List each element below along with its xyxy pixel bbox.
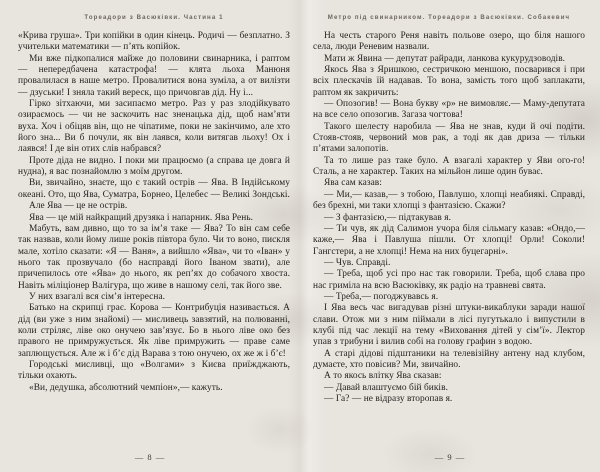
paragraph: Ми вже підкопалися майже до половини сви… xyxy=(18,54,290,99)
paragraph: А то якось влітку Ява сказав: xyxy=(313,371,585,382)
paragraph: Батько на скрипці грає. Корова — Контриб… xyxy=(18,303,290,360)
paragraph: — Чув. Справді. xyxy=(313,258,585,269)
paragraph: Такого шелесту наробила — Ява не знав, к… xyxy=(313,122,585,156)
page-right: Метро під свинарником. Тореадори з Васюк… xyxy=(300,0,600,472)
paragraph: Гірко зітхаючи, ми засипаємо метро. Раз … xyxy=(18,99,290,156)
paragraph: «Крива груша». Три копійки в один кінець… xyxy=(18,31,290,54)
running-header-right: Метро під свинарником. Тореадори з Васюк… xyxy=(313,14,585,24)
paragraph: Городські мисливці, що «Волгами» з Києва… xyxy=(18,360,290,383)
paragraph: Ява — це мій найкращий друзяка і напарни… xyxy=(18,213,290,224)
page-left-text: «Крива груша». Три копійки в один кінець… xyxy=(18,31,290,394)
paragraph: У них взагалі вся сім’я інтересна. xyxy=(18,292,290,303)
paragraph: Ява сам казав: xyxy=(313,178,585,189)
paragraph: Мати ж Явина — депутат райради, ланкова … xyxy=(313,54,585,65)
paragraph: — Давай влаштуємо бій биків. xyxy=(313,383,585,394)
paragraph: Та то лише раз таке було. А взагалі хара… xyxy=(313,156,585,179)
paragraph: На честь старого Реня навіть польове озе… xyxy=(313,31,585,54)
running-header-left: Тореадори з Васюківки. Частина 1 xyxy=(18,14,290,24)
paragraph: «Ви, дедушка, абсолютний чемпіон»,— кажу… xyxy=(18,383,290,394)
paragraph: — Треба, щоб усі про нас так говорили. Т… xyxy=(313,269,585,292)
paragraph: — Га? — не відразу второпав я. xyxy=(313,394,585,405)
page-number-left: — 8 — xyxy=(0,452,300,462)
paragraph: Ви, звичайно, знаєте, що є такий острів … xyxy=(18,178,290,201)
paragraph: Але Ява — це не острів. xyxy=(18,201,290,212)
paragraph: — Ти чув, як дід Салимон учора біля сіль… xyxy=(313,224,585,258)
paragraph: — Ми,— казав,— з тобою, Павлушо, хлопці … xyxy=(313,190,585,213)
paragraph: І Ява весь час вигадував різні штуки-вик… xyxy=(313,303,585,348)
paragraph: — Треба,— погоджувавсь я. xyxy=(313,292,585,303)
paragraph: Мабуть, вам дивно, що то за ім’я таке — … xyxy=(18,224,290,292)
paragraph: Проте діда не видно. І поки ми працюємо … xyxy=(18,156,290,179)
paragraph: — З фантазією,— підтакував я. xyxy=(313,213,585,224)
paragraph: А старі дідові підштаники на телевізійну… xyxy=(313,349,585,372)
paragraph: Якось Ява з Яришкою, сестричкою меншою, … xyxy=(313,65,585,99)
page-right-text: На честь старого Реня навіть польове озе… xyxy=(313,31,585,405)
paragraph: — Опозогив! — Вона букву «р» не вимовляє… xyxy=(313,99,585,122)
page-left: Тореадори з Васюківки. Частина 1 «Крива … xyxy=(0,0,300,472)
book-spread: Тореадори з Васюківки. Частина 1 «Крива … xyxy=(0,0,600,472)
page-number-right: — 9 — xyxy=(300,452,600,462)
